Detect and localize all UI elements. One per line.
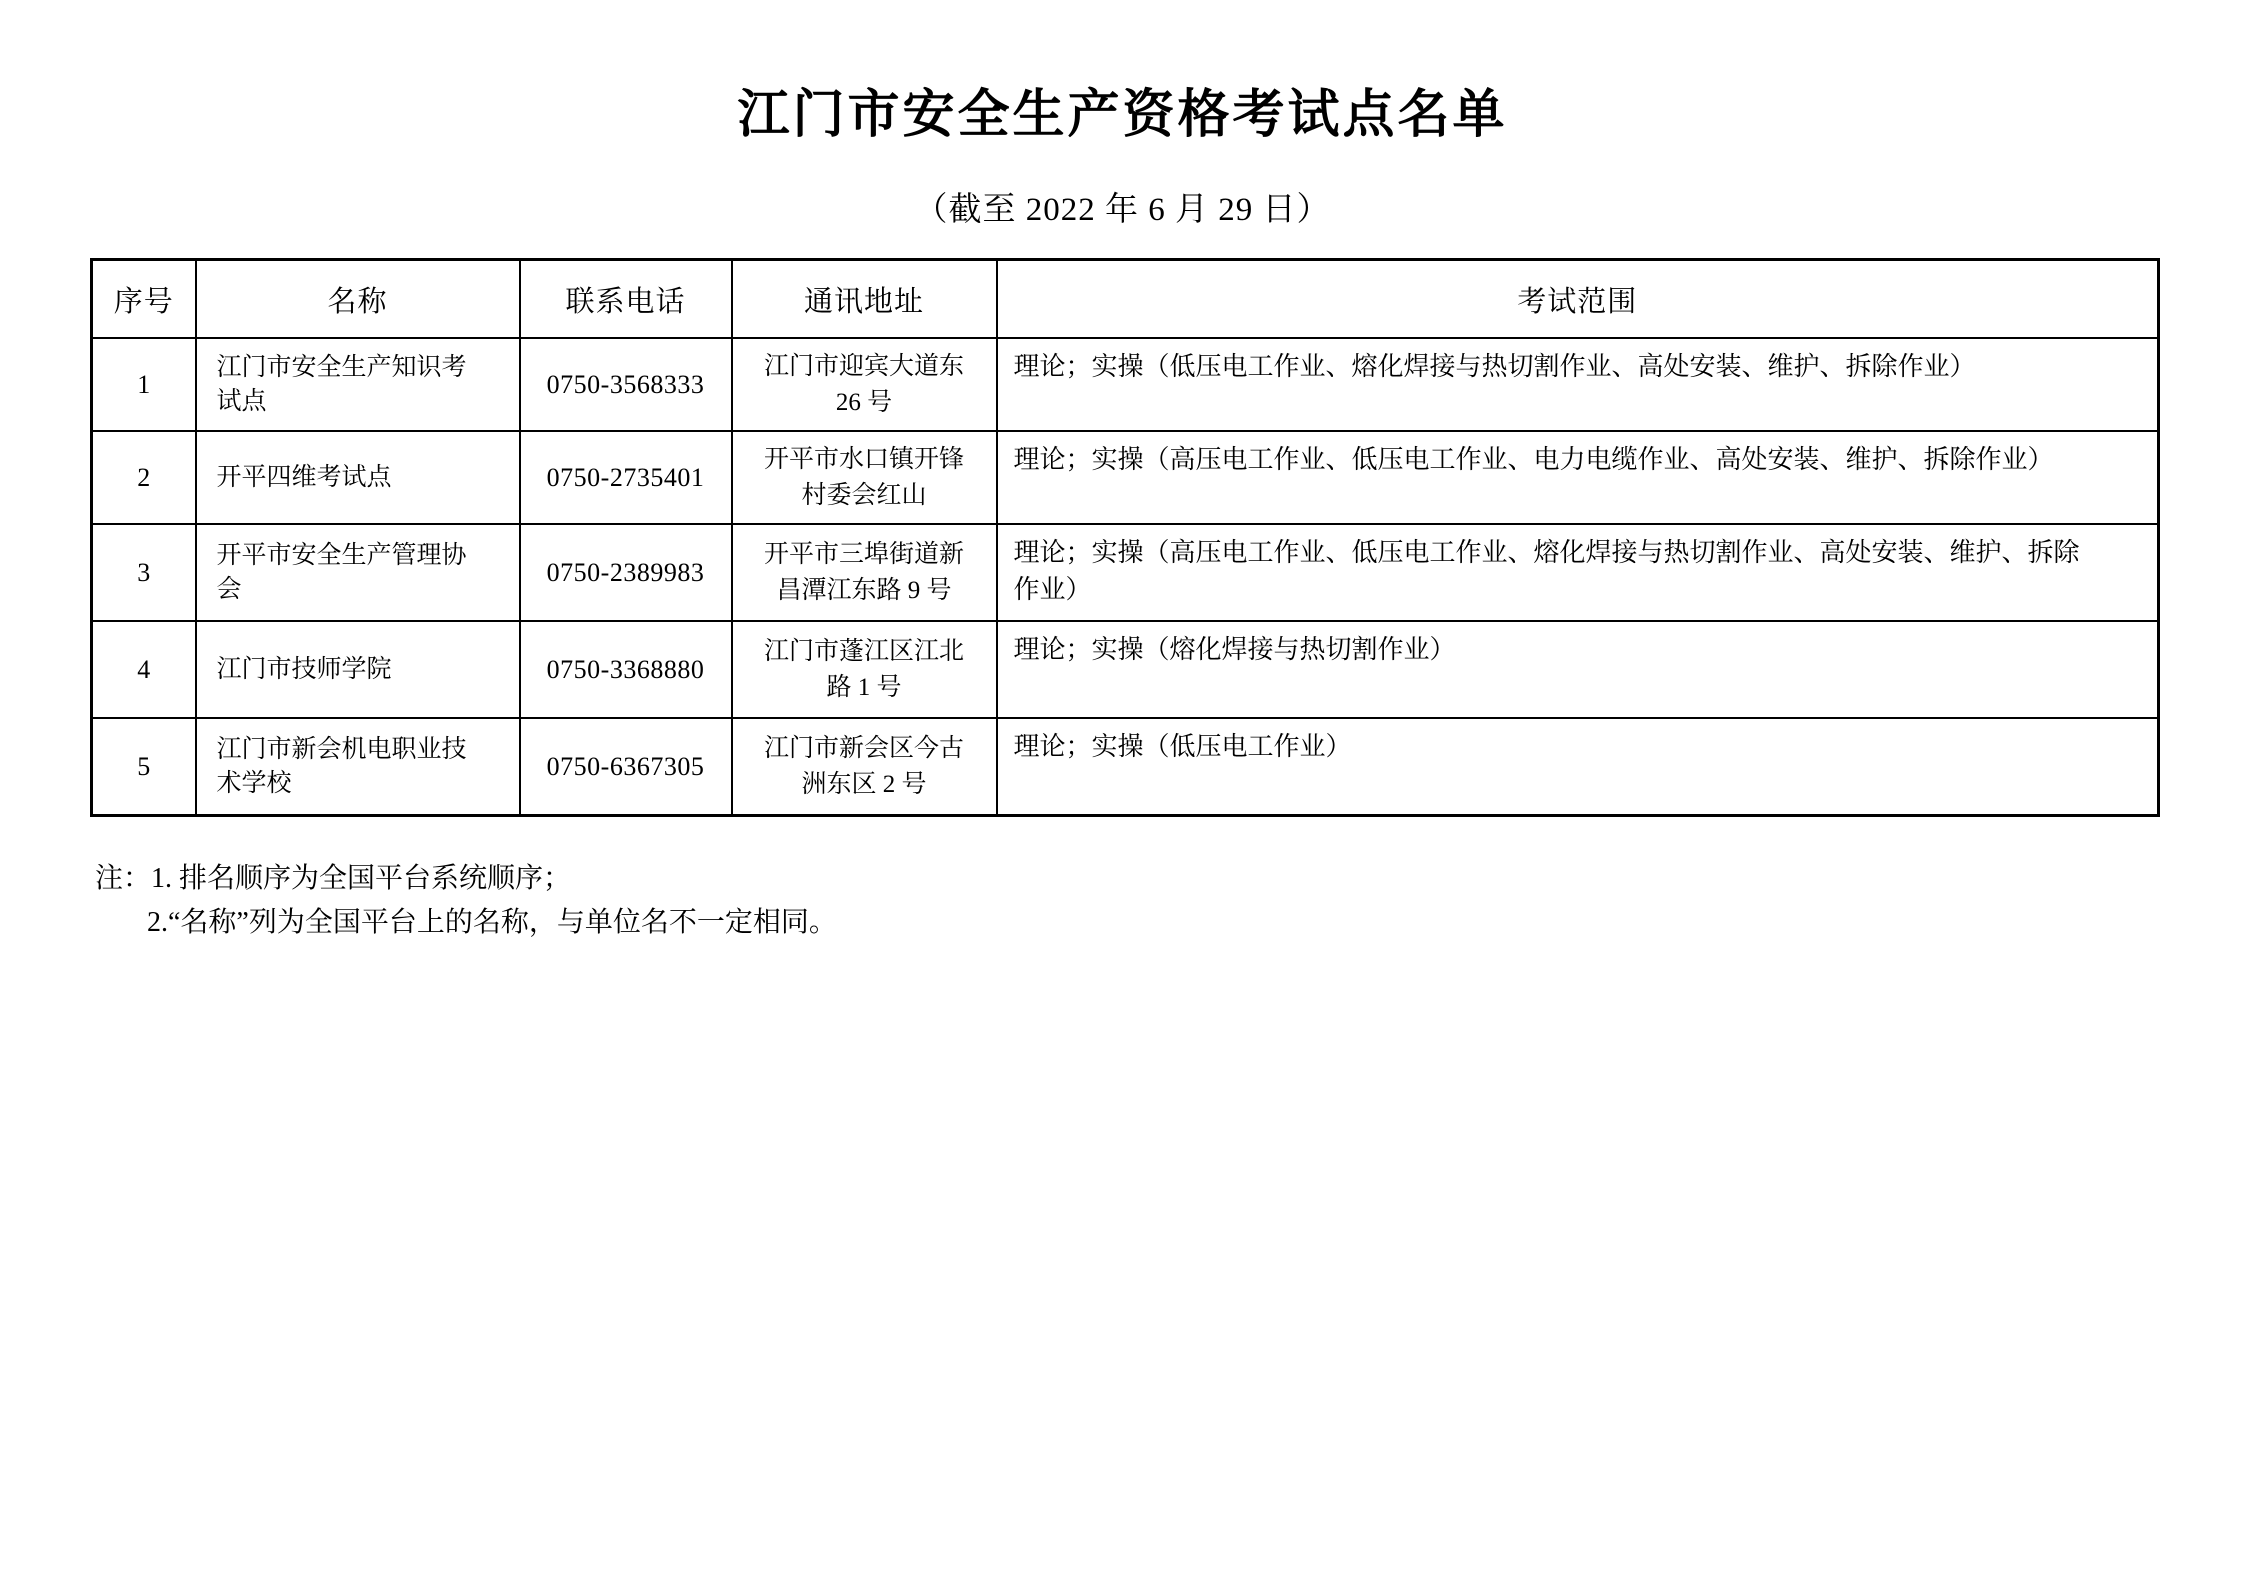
row-address: 江门市蓬江区江北 路 1 号	[732, 621, 997, 718]
row-address: 江门市迎宾大道东 26 号	[732, 338, 997, 431]
row-address: 开平市水口镇开锋 村委会红山	[732, 431, 997, 524]
row-no: 2	[92, 431, 196, 524]
row-scope: 理论；实操（高压电工作业、低压电工作业、电力电缆作业、高处安装、维护、拆除作业）	[997, 431, 2159, 524]
note-text: 1. 排名顺序为全国平台系统顺序；	[151, 863, 571, 894]
row-scope: 理论；实操（高压电工作业、低压电工作业、熔化焊接与热切割作业、高处安装、维护、拆…	[997, 524, 2159, 621]
note-text: 2.“名称”列为全国平台上的名称，与单位名不一定相同。	[147, 907, 837, 938]
row-scope: 理论；实操（低压电工作业）	[997, 718, 2159, 816]
note-label: 注：	[95, 863, 151, 894]
table-row: 3 开平市安全生产管理协会 0750-2389983 开平市三埠街道新 昌潭江东…	[92, 524, 2159, 621]
row-phone: 0750-2735401	[520, 431, 732, 524]
note-item: 注：1. 排名顺序为全国平台系统顺序；	[95, 857, 2245, 901]
table-row: 2 开平四维考试点 0750-2735401 开平市水口镇开锋 村委会红山 理论…	[92, 431, 2159, 524]
row-no: 3	[92, 524, 196, 621]
table-row: 1 江门市安全生产知识考试点 0750-3568333 江门市迎宾大道东 26 …	[92, 338, 2159, 431]
notes: 注：1. 排名顺序为全国平台系统顺序； 2.“名称”列为全国平台上的名称，与单位…	[95, 857, 2245, 945]
row-name: 江门市技师学院	[196, 621, 520, 718]
col-header-no: 序号	[92, 260, 196, 339]
col-header-address: 通讯地址	[732, 260, 997, 339]
exam-sites-table: 序号 名称 联系电话 通讯地址 考试范围 1 江门市安全生产知识考试点 0750…	[90, 258, 2160, 817]
row-name: 江门市安全生产知识考试点	[196, 338, 520, 431]
note-item: 2.“名称”列为全国平台上的名称，与单位名不一定相同。	[95, 901, 2245, 945]
table-row: 5 江门市新会机电职业技术学校 0750-6367305 江门市新会区今古 洲东…	[92, 718, 2159, 816]
row-address: 江门市新会区今古 洲东区 2 号	[732, 718, 997, 816]
page: { "document": { "title": "江门市安全生产资格考试点名单…	[0, 0, 2245, 1587]
row-name: 开平四维考试点	[196, 431, 520, 524]
row-no: 1	[92, 338, 196, 431]
page-title: 江门市安全生产资格考试点名单	[0, 84, 2245, 146]
row-scope: 理论；实操（低压电工作业、熔化焊接与热切割作业、高处安装、维护、拆除作业）	[997, 338, 2159, 431]
row-address: 开平市三埠街道新 昌潭江东路 9 号	[732, 524, 997, 621]
row-name: 江门市新会机电职业技术学校	[196, 718, 520, 816]
col-header-scope: 考试范围	[997, 260, 2159, 339]
row-no: 5	[92, 718, 196, 816]
page-subtitle: （截至 2022 年 6 月 29 日）	[0, 190, 2245, 230]
row-name: 开平市安全生产管理协会	[196, 524, 520, 621]
table-row: 4 江门市技师学院 0750-3368880 江门市蓬江区江北 路 1 号 理论…	[92, 621, 2159, 718]
col-header-phone: 联系电话	[520, 260, 732, 339]
row-phone: 0750-3568333	[520, 338, 732, 431]
row-scope: 理论；实操（熔化焊接与热切割作业）	[997, 621, 2159, 718]
row-phone: 0750-2389983	[520, 524, 732, 621]
row-no: 4	[92, 621, 196, 718]
col-header-name: 名称	[196, 260, 520, 339]
row-phone: 0750-3368880	[520, 621, 732, 718]
row-phone: 0750-6367305	[520, 718, 732, 816]
table-header-row: 序号 名称 联系电话 通讯地址 考试范围	[92, 260, 2159, 339]
